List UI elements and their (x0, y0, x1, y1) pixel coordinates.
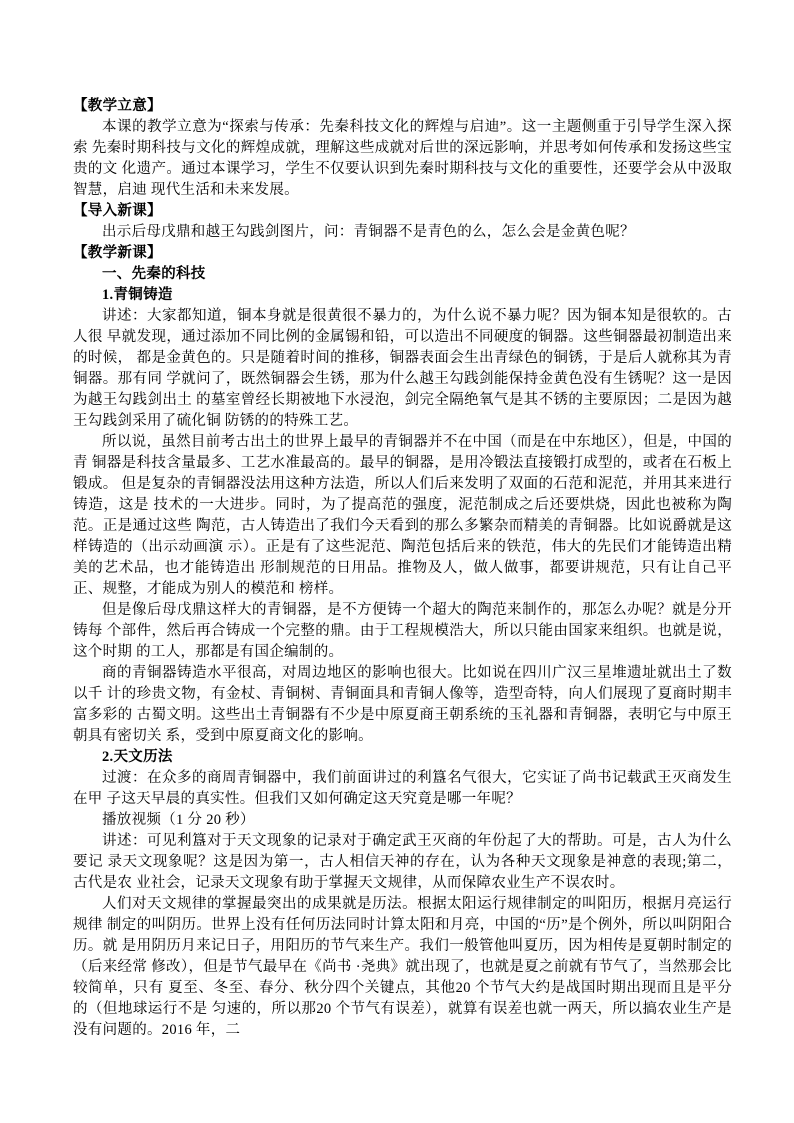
section-heading: 【导入新课】 (73, 201, 732, 222)
paragraph: 商的青铜器铸造水平很高，对周边地区的影响也很大。比如说在四川广汉三星堆遗址就出土… (73, 663, 732, 747)
section-heading: 【教学立意】 (73, 96, 732, 117)
sub-heading: 1.青铜铸造 (73, 285, 732, 306)
sub-heading: 2.天文历法 (73, 747, 732, 768)
section-heading: 【教学新课】 (73, 243, 732, 264)
paragraph: 本课的教学立意为“探索与传承：先秦科技文化的辉煌与启迪”。这一主题侧重于引导学生… (73, 117, 732, 201)
paragraph: 讲述：大家都知道，铜本身就是很黄很不暴力的，为什么说不暴力呢？因为铜本知是很软的… (73, 306, 732, 432)
paragraph: 播放视频（1 分 20 秒） (73, 810, 732, 831)
paragraph: 出示后母戊鼎和越王勾践剑图片，问：青铜器不是青色的么，怎么会是金黄色呢？ (73, 222, 732, 243)
paragraph: 人们对天文规律的掌握最突出的成果就是历法。根据太阳运行规律制定的叫阳历，根据月亮… (73, 894, 732, 1041)
sub-heading: 一、先秦的科技 (73, 264, 732, 285)
paragraph: 过渡：在众多的商周青铜器中，我们前面讲过的利簋名气很大，它实证了尚书记载武王灭商… (73, 768, 732, 810)
document-page: 【教学立意】本课的教学立意为“探索与传承：先秦科技文化的辉煌与启迪”。这一主题侧… (0, 0, 794, 1123)
paragraph: 讲述：可见利簋对于天文现象的记录对于确定武王灭商的年份起了大的帮助。可是，古人为… (73, 831, 732, 894)
paragraph: 所以说，虽然目前考古出土的世界上最早的青铜器并不在中国（而是在中东地区），但是，… (73, 432, 732, 600)
paragraph: 但是像后母戊鼎这样大的青铜器，是不方便铸一个超大的陶范来制作的，那怎么办呢？就是… (73, 600, 732, 663)
